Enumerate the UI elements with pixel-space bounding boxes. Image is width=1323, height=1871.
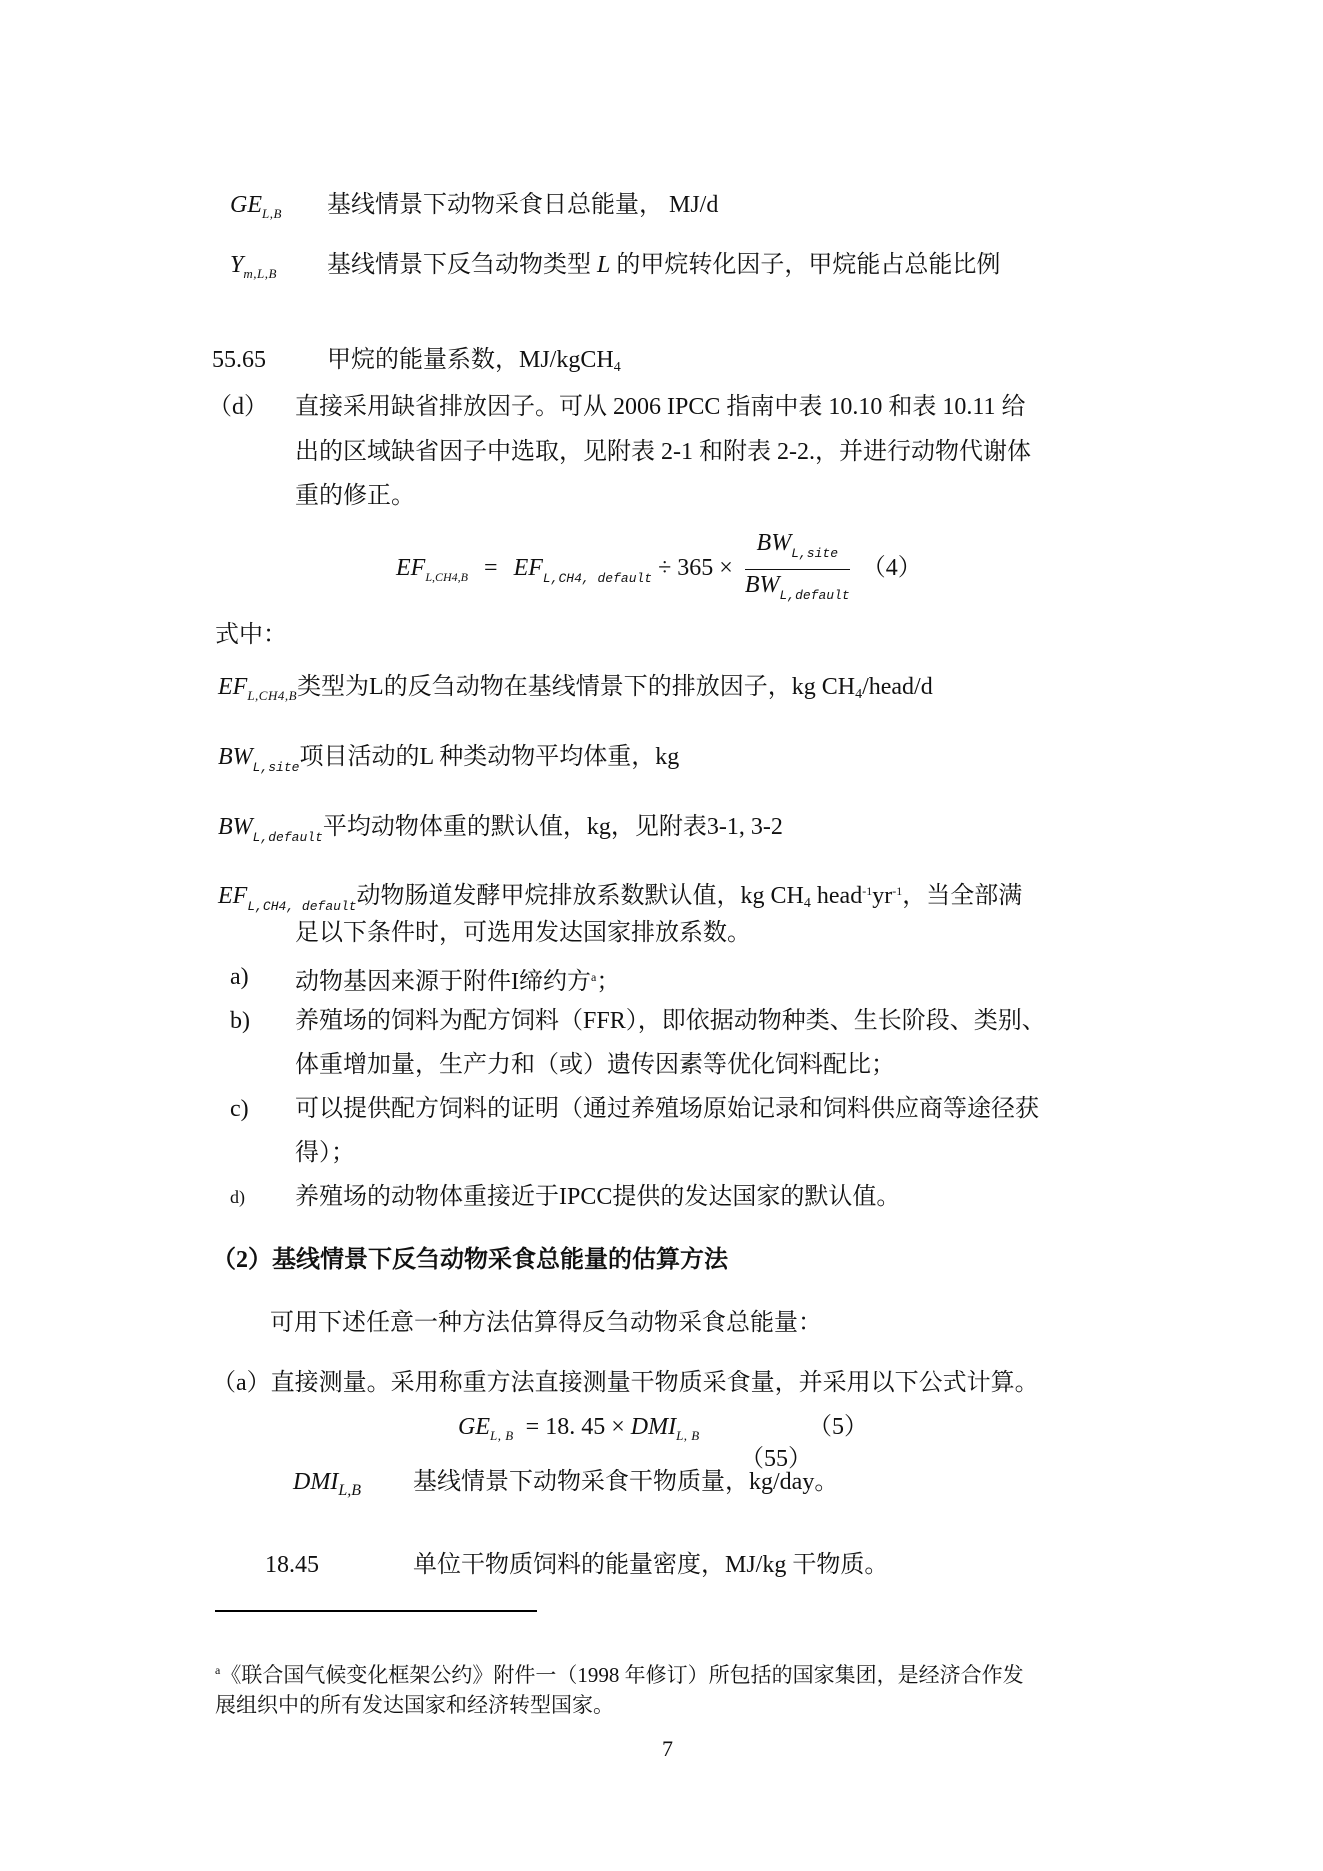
symbol: EF (218, 883, 247, 909)
text-part: 的甲烷转化因子，甲烷能占总能比例 (610, 252, 1000, 278)
subscript: L,CH4, default (247, 899, 356, 914)
operators: ÷ 365 × (658, 555, 733, 581)
constant-18-45: 18.45 单位干物质饲料的能量密度，MJ/kg 干物质。 (265, 1550, 319, 1580)
condition-b-line-2: 体重增加量，生产力和（或）遗传因素等优化饲料配比； (295, 1050, 895, 1080)
num-symbol: BW (757, 530, 792, 556)
den-subscript: L,default (779, 588, 849, 603)
footnote-line-2: 展组织中的所有发达国家和经济转型国家。 (215, 1690, 614, 1720)
subscript: 4 (855, 687, 862, 702)
definition-text: 基线情景下动物采食日总能量， MJ/d (327, 190, 718, 220)
lhs-symbol: GE (458, 1414, 490, 1440)
num-subscript: L,site (791, 546, 838, 561)
symbol: DMI (293, 1469, 338, 1495)
definition-text: 动物肠道发酵甲烷排放系数默认值，kg CH (357, 883, 804, 909)
subscript: m,L,B (243, 266, 277, 281)
formula-4: EFL,CH4,B = EFL,CH4, default ÷ 365 × BWL… (396, 530, 922, 609)
den-symbol: BW (745, 572, 780, 598)
rhs-expression: = 18. 45 × (526, 1414, 625, 1440)
fraction: BWL,site BWL,default (745, 530, 850, 609)
variable: L (597, 252, 610, 278)
condition-c-line-2: 得）； (295, 1138, 355, 1168)
text-part: 甲烷的能量系数，MJ/kgCH (327, 347, 614, 373)
rhs-subscript: L, B (676, 1428, 700, 1443)
superscript: -1 (862, 884, 872, 898)
punctuation: ； (596, 969, 620, 995)
section-2-intro: 可用下述任意一种方法估算得反刍动物采食总能量： (270, 1308, 822, 1338)
lhs-subscript: L,CH4,B (425, 570, 468, 584)
subscript-text: L,CH4,B (425, 570, 468, 584)
subscript: L,B (262, 206, 282, 221)
definition-text: 类型为L的反刍动物在基线情景下的排放因子，kg CH (297, 674, 855, 700)
formula-5: GEL, B = 18. 45 × DMIL, B (458, 1412, 700, 1451)
equation-number: （4） (862, 555, 922, 581)
subscript: L,B (338, 1482, 361, 1499)
superscript: -1 (892, 884, 902, 898)
constant-value: 55.65 (212, 347, 266, 373)
footnote-line-1: a《联合国气候变化框架公约》附件一（1998 年修订）所包括的国家集团，是经济合… (215, 1655, 1024, 1690)
rhs-subscript: L,CH4, default (543, 571, 652, 586)
symbol: GE (230, 192, 262, 218)
lhs-subscript: L, B (490, 1428, 514, 1443)
condition-c-line-1: 可以提供配方饲料的证明（通过养殖场原始记录和饲料供应商等途径获 (295, 1094, 1039, 1124)
subscript: 4 (804, 896, 811, 911)
where-label: 式中： (215, 620, 287, 650)
definition-ef-default: EFL,CH4, default动物肠道发酵甲烷排放系数默认值，kg CH4 h… (218, 876, 1022, 922)
definition-ge: GEL,B 基线情景下动物采食日总能量， MJ/d (230, 190, 282, 229)
symbol: Y (230, 252, 243, 278)
symbol: EF (218, 674, 247, 700)
definition-bw-default: BWL,default平均动物体重的默认值，kg，见附表3-1, 3-2 (218, 812, 783, 853)
condition-d-text: 养殖场的动物体重接近于IPCC提供的发达国家的默认值。 (295, 1182, 900, 1212)
method-d-line-2: 出的区域缺省因子中选取，见附表 2-1 和附表 2-2.，并进行动物代谢体 (295, 437, 1031, 467)
symbol: BW (218, 744, 253, 770)
definition-text: 平均动物体重的默认值，kg，见附表3-1, 3-2 (323, 814, 783, 840)
footnote-separator (215, 1610, 537, 1612)
definition-ef-b: EFL,CH4,B类型为L的反刍动物在基线情景下的排放因子，kg CH4/hea… (218, 672, 933, 711)
subscript: L,CH4,B (247, 688, 297, 703)
method-d-line-1: 直接采用缺省排放因子。可从 2006 IPCC 指南中表 10.10 和表 10… (295, 392, 1025, 422)
definition-text: 项目活动的L 种类动物平均体重，kg (299, 744, 679, 770)
denominator: BWL,default (745, 570, 850, 609)
definition-ef-default-cont: 足以下条件时，可选用发达国家排放系数。 (295, 918, 751, 948)
subscript: L,site (253, 760, 300, 775)
page-number: 7 (662, 1734, 673, 1764)
condition-text: 动物基因来源于附件I缔约方 (295, 969, 591, 995)
symbol: BW (218, 814, 253, 840)
footnote-text: 《联合国气候变化框架公约》附件一（1998 年修订）所包括的国家集团，是经济合作… (220, 1663, 1023, 1687)
formula-5-number: （5） (808, 1412, 868, 1442)
subscript: L,default (253, 830, 323, 845)
condition-c-label: c) (230, 1094, 249, 1124)
text-part: 基线情景下反刍动物类型 (327, 252, 597, 278)
method-d-label: （d） (208, 392, 268, 422)
constant-text: 单位干物质饲料的能量密度，MJ/kg 干物质。 (413, 1550, 888, 1580)
constant-value: 18.45 (265, 1552, 319, 1578)
equals-sign: = (484, 555, 498, 581)
condition-a-label: a) (230, 962, 249, 992)
method-a-text: （a）直接测量。采用称重方法直接测量干物质采食量，并采用以下公式计算。 (212, 1368, 1039, 1398)
method-d-line-3: 重的修正。 (295, 481, 415, 511)
definition-dmi: DMIL,B 基线情景下动物采食干物质量，kg/day。 (293, 1467, 361, 1506)
rhs-symbol: DMI (631, 1414, 676, 1440)
condition-b-line-1: 养殖场的饲料为配方饲料（FFR），即依据动物种类、生长阶段、类别、 (295, 1006, 1046, 1036)
condition-b-label: b) (230, 1006, 250, 1036)
text-part: yr (872, 883, 892, 909)
definition-text-after: /head/d (862, 674, 933, 700)
definition-bw-site: BWL,site项目活动的L 种类动物平均体重，kg (218, 742, 679, 783)
definition-y: Ym,L,B 基线情景下反刍动物类型 L 的甲烷转化因子，甲烷能占总能比例 (230, 250, 277, 289)
subscript: 4 (614, 360, 621, 375)
lhs-symbol: EF (396, 555, 425, 581)
section-2-heading: （2）基线情景下反刍动物采食总能量的估算方法 (212, 1245, 728, 1275)
condition-a-text: 动物基因来源于附件I缔约方a； (295, 962, 620, 997)
text-part: ，当全部满 (902, 883, 1022, 909)
constant-text: 甲烷的能量系数，MJ/kgCH4 (327, 345, 621, 383)
constant-55-65: 55.65 甲烷的能量系数，MJ/kgCH4 (212, 345, 266, 375)
numerator: BWL,site (745, 530, 850, 570)
definition-text: 基线情景下反刍动物类型 L 的甲烷转化因子，甲烷能占总能比例 (327, 250, 1000, 280)
condition-d-label: d) (230, 1182, 245, 1212)
rhs-symbol: EF (514, 555, 543, 581)
text-part: head (811, 883, 862, 909)
definition-text: 基线情景下动物采食干物质量，kg/day。 (413, 1467, 838, 1497)
